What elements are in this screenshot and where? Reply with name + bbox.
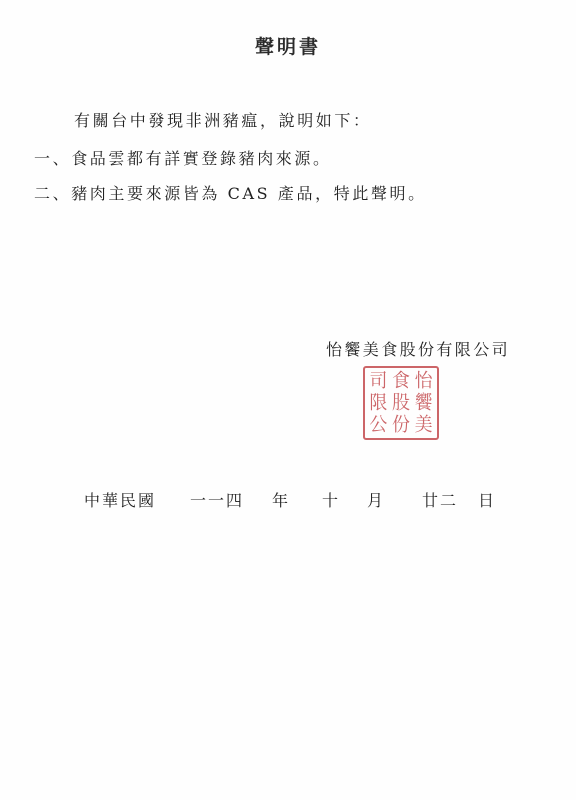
statement-item-2: 二、豬肉主要來源皆為 CAS 產品，特此聲明。 — [34, 181, 427, 204]
seal-char: 饗 — [412, 391, 435, 414]
document-title: 聲明書 — [0, 32, 576, 59]
seal-char: 股 — [390, 391, 413, 414]
seal-char: 怡 — [412, 369, 435, 392]
date-month-unit: 月 — [367, 488, 385, 511]
date-day-unit: 日 — [478, 488, 496, 511]
statement-item-1: 一、食品雲都有詳實登錄豬肉來源。 — [34, 146, 332, 169]
date-month: 十 — [322, 488, 340, 511]
seal-char: 美 — [412, 413, 435, 436]
date-year: 一一四 — [190, 488, 244, 511]
date-year-unit: 年 — [272, 488, 290, 511]
seal-char: 限 — [367, 391, 390, 414]
date-era: 中華民國 — [84, 488, 156, 511]
company-seal-stamp: 怡 饗 美 食 股 份 司 限 公 — [363, 366, 439, 440]
document-date: 中華民國 一一四 年 十 月 廿二 日 — [84, 488, 504, 510]
seal-char: 公 — [367, 413, 390, 436]
document-page: 聲明書 有關台中發現非洲豬瘟，說明如下： 一、食品雲都有詳實登錄豬肉來源。 二、… — [0, 0, 576, 800]
intro-statement: 有關台中發現非洲豬瘟，說明如下： — [74, 108, 372, 131]
seal-char: 份 — [390, 413, 413, 436]
company-name: 怡饗美食股份有限公司 — [326, 337, 510, 360]
seal-char: 食 — [390, 369, 413, 392]
date-day: 廿二 — [422, 488, 458, 511]
seal-char: 司 — [367, 369, 390, 392]
